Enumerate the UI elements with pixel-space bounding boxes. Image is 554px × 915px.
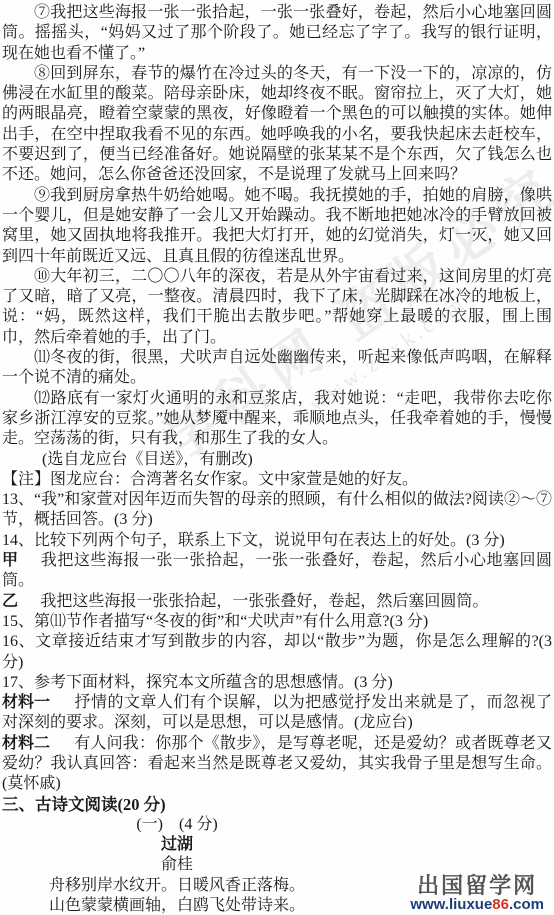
section-3-heading: 三、古诗文阅读(20 分) [2, 795, 552, 815]
material-2: 材料二有人问我：你那个《散步》，是写尊老呢，还是爱幼？或者既尊老又爱幼？我认真回… [2, 734, 552, 795]
passage-paragraph-9: ⑨我到厨房拿热牛奶给她喝。她不喝。我抚摸她的手，拍她的肩膀，像哄一个婴儿，但是她… [2, 186, 552, 267]
material-1-text: 抒情的文章人们有个误解，以为把感觉抒发出来就是了，而忽视了对深刻的要求。深刻，可… [2, 694, 552, 731]
question-14: 14、比较下列两个句子，联系上下文，说说甲句在表达上的好处。(3 分) [2, 531, 552, 551]
jia-text: 我把这些海报一张一张拾起，一张一张叠好，卷起，然后小心地塞回圆筒。 [2, 552, 552, 589]
logo-url-suffix: .com [509, 896, 544, 913]
liuxue86-logo-url: www.liuxue86.com [410, 897, 544, 913]
subsection-label: (一) (4 分) [2, 815, 352, 835]
passage-paragraph-11: ⑾冬夜的街，很黑，犬吠声自远处幽幽传来，听起来像低声呜咽，在解释一个说不清的痛处… [2, 348, 552, 389]
poem-title: 过湖 [2, 835, 352, 855]
question-17: 17、参考下面材料，探究本文所蕴含的思想感情。(3 分) [2, 673, 552, 693]
passage-paragraph-12: ⑿路底有一家灯火通明的永和豆浆店，我对她说：“走吧，我带你去吃你家乡浙江淳安的豆… [2, 389, 552, 450]
logo-url-highlight: 86 [492, 896, 509, 913]
logo-url-prefix: www.liuxue [410, 896, 492, 913]
jia-label: 甲 [2, 551, 18, 571]
question-14-sentence-jia: 甲我把这些海报一张一张拾起，一张一张叠好，卷起，然后小心地塞回圆筒。 [2, 551, 552, 592]
page-content: ⑦我把这些海报一张一张拾起，一张一张叠好，卷起，然后小心地塞回圆筒。摇摇头，“妈… [2, 3, 552, 915]
passage-paragraph-8: ⑧回到屏东，春节的爆竹在冷过头的冬天，有一下没一下的，凉凉的，仿佛浸在水缸里的酸… [2, 64, 552, 186]
poem-author: 俞桂 [2, 855, 352, 875]
passage-note: 【注】图龙应台：合湾著名女作家。文中家萱是她的好友。 [2, 470, 552, 490]
liuxue86-logo: 出国留学网 www.liuxue86.com [410, 874, 544, 913]
poem-line-1: 舟移别岸水纹开。日暖风香正落梅。 [2, 876, 352, 896]
question-15: 15、第⑾节作者描写“冬夜的街”和“犬吠声”有什么用意?(3 分) [2, 612, 552, 632]
material-2-text: 有人问我：你那个《散步》，是写尊老呢，还是爱幼？或者既尊老又爱幼？我认真回答：看… [2, 735, 552, 793]
material-1: 材料一抒情的文章人们有个误解，以为把感觉抒发出来就是了，而忽视了对深刻的要求。深… [2, 693, 552, 734]
liuxue86-logo-name: 出国留学网 [410, 874, 544, 897]
yi-text: 我把这些海报一张张拾起，一张张叠好，卷起，然后塞回圆筒。 [40, 593, 488, 610]
exam-page: ⑦我把这些海报一张一张拾起，一张一张叠好，卷起，然后小心地塞回圆筒。摇摇头，“妈… [0, 0, 554, 915]
poem-line-2: 山色蒙蒙横画轴，白鸥飞处带诗来。 [2, 896, 352, 915]
yi-label: 乙 [2, 592, 18, 612]
poem-block: (一) (4 分) 过湖 俞桂 舟移别岸水纹开。日暖风香正落梅。 山色蒙蒙横画轴… [2, 815, 352, 915]
question-14-sentence-yi: 乙我把这些海报一张张拾起，一张张叠好，卷起，然后塞回圆筒。 [2, 592, 552, 612]
question-13: 13、“我”和家萱对因年迈而失智的母亲的照顾，有什么相似的做法?阅读②～⑦节，概… [2, 490, 552, 531]
material-2-label: 材料二 [2, 734, 50, 754]
passage-paragraph-7: ⑦我把这些海报一张一张拾起，一张一张叠好，卷起，然后小心地塞回圆筒。摇摇头，“妈… [2, 3, 552, 64]
question-16: 16、文章接近结束才写到散步的内容，却以“散步”为题，你是怎么理解的?(3分) [2, 632, 552, 673]
passage-source: (选自龙应台《目送》，有删改) [2, 450, 552, 470]
material-1-label: 材料一 [2, 693, 50, 713]
passage-paragraph-10: ⑩大年初三，二〇〇八年的深夜，若是从外宇宙看过来，这间房里的灯亮了又暗，暗了又亮… [2, 267, 552, 348]
